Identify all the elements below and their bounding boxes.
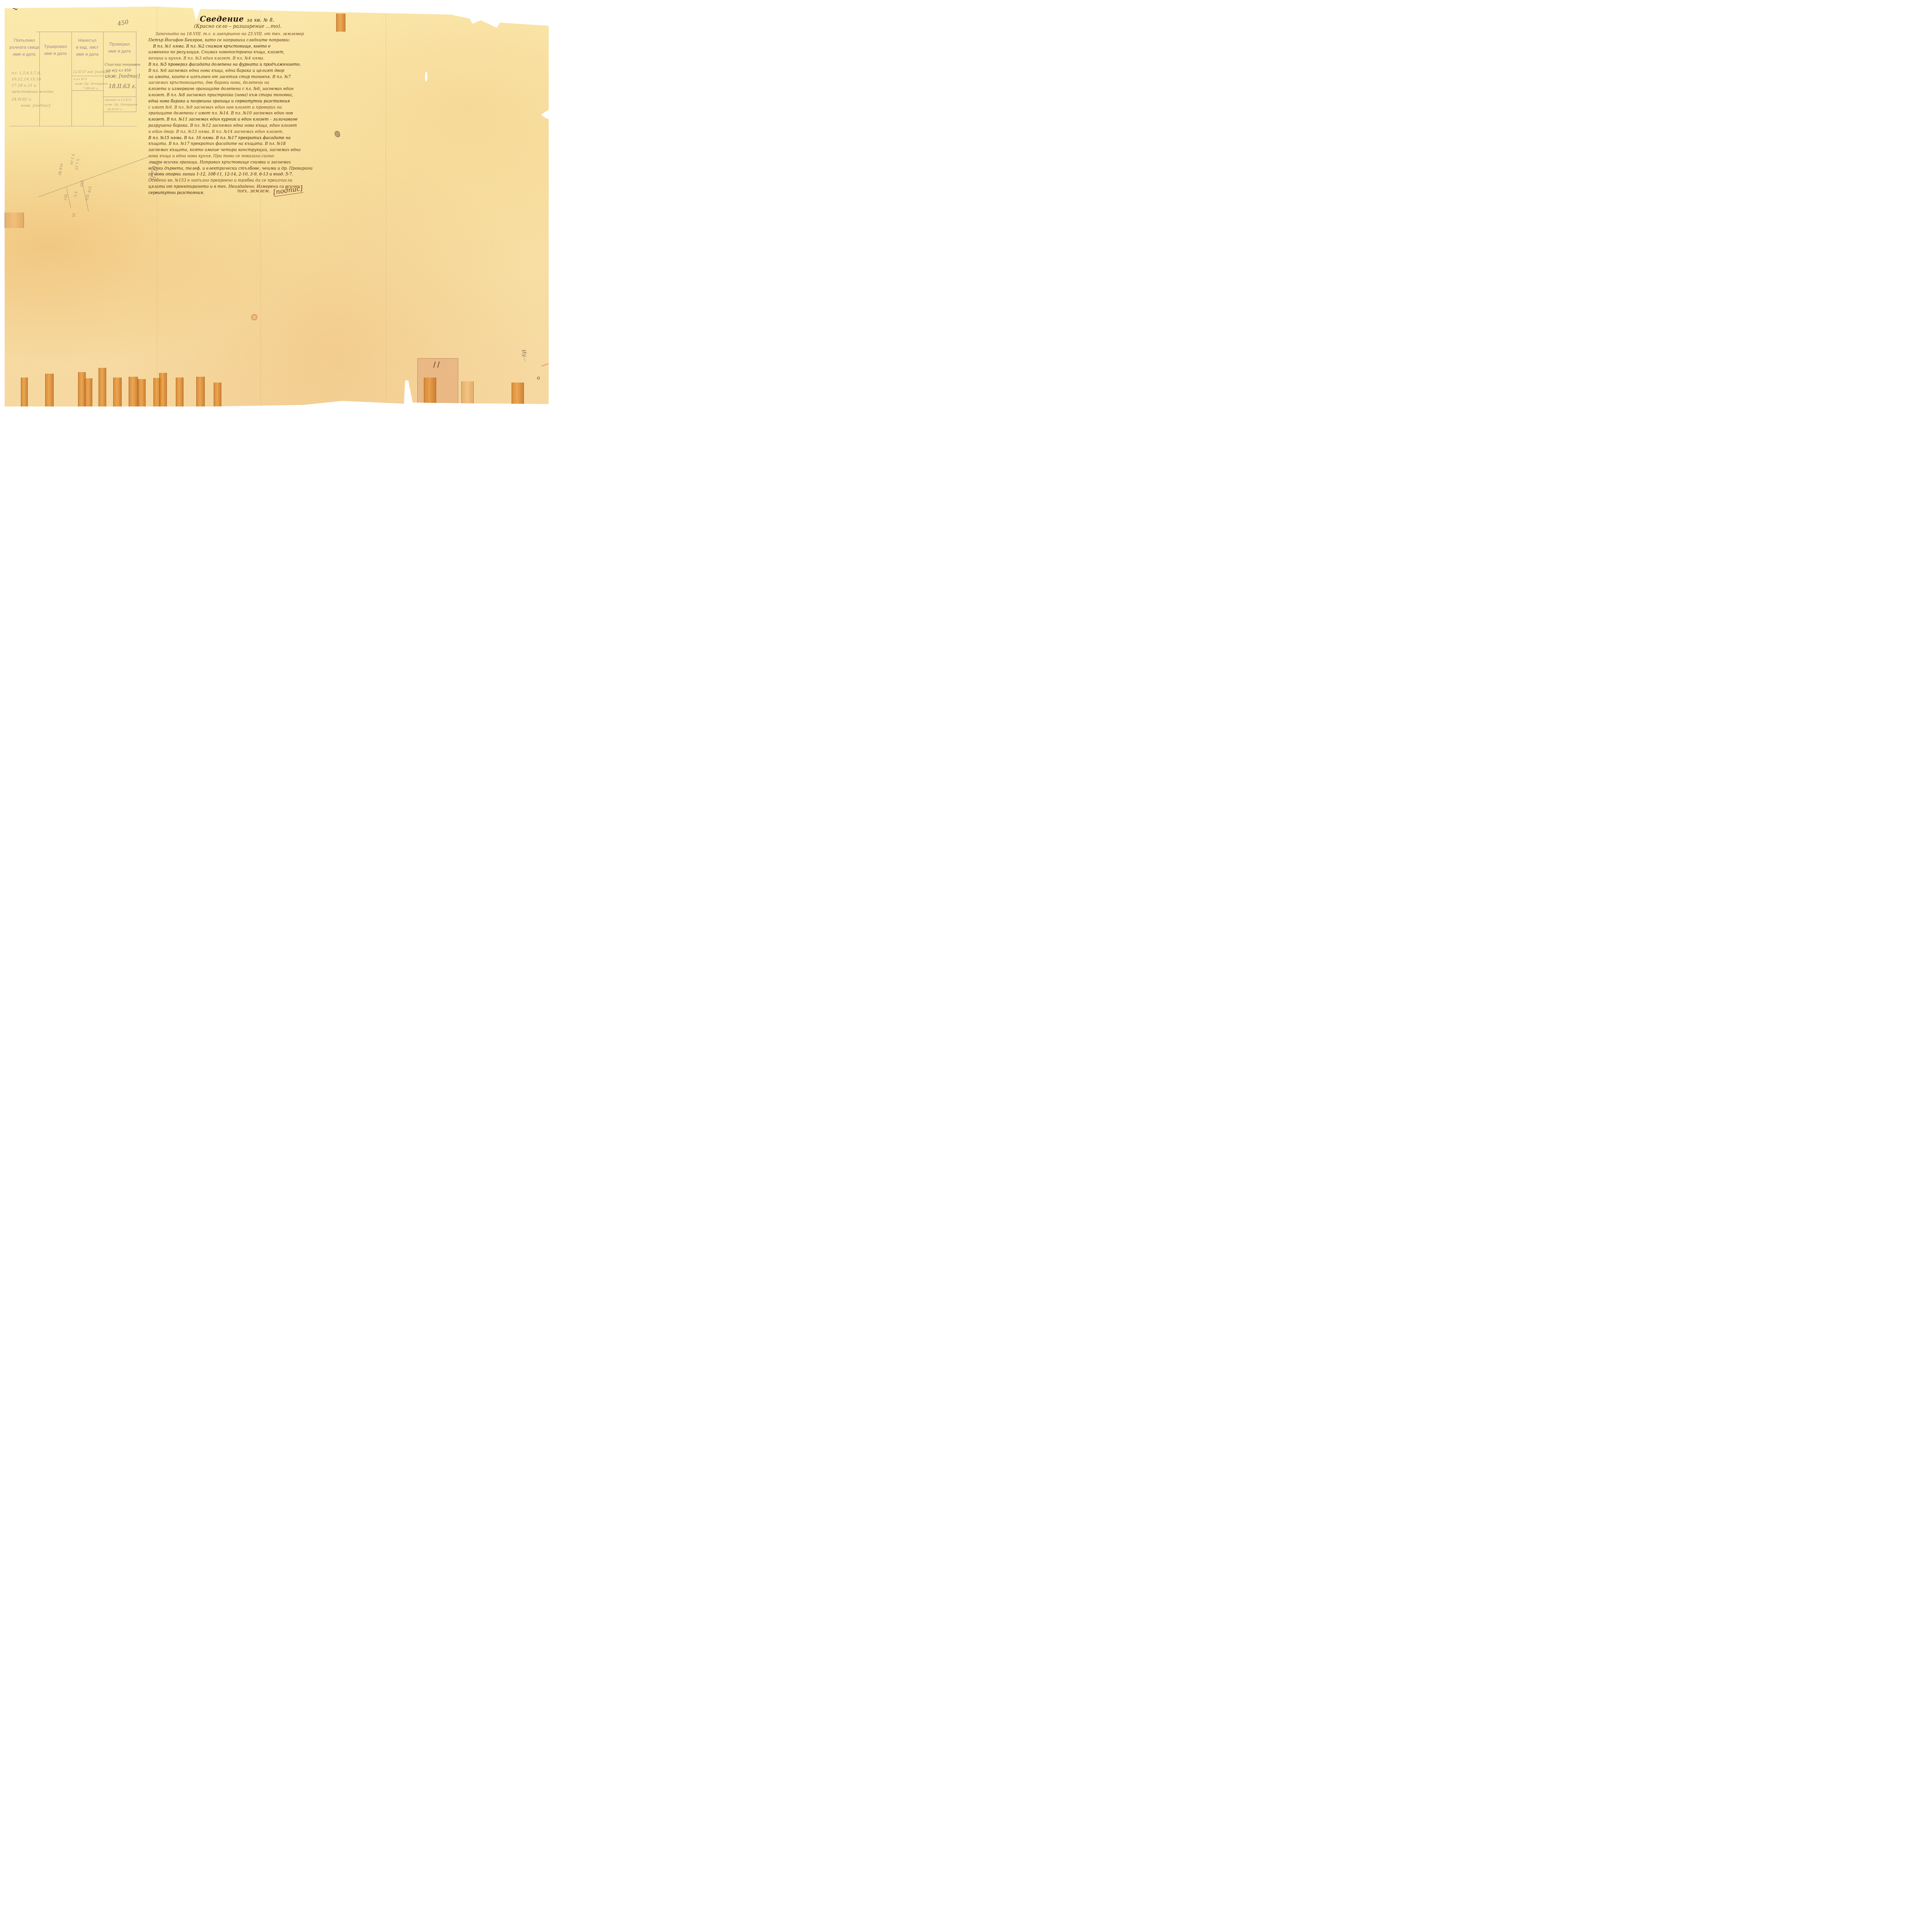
heading-line: име и дата bbox=[39, 50, 71, 57]
entry-line: в кл 473 bbox=[73, 77, 107, 82]
tape-strip bbox=[5, 213, 24, 228]
entry-line: 24.IV.62 г. bbox=[12, 97, 53, 103]
stamp-heading-inked: Тушировал име и дата bbox=[39, 43, 71, 57]
entry-line: 10,12,14,15,16 bbox=[12, 77, 53, 83]
tape-strip bbox=[196, 377, 205, 408]
sketch-number: 416 90 bbox=[57, 163, 63, 176]
tape-strip bbox=[85, 378, 92, 410]
entry-line: Списъка поправен bbox=[105, 62, 141, 68]
sketch-number: 353 bbox=[84, 194, 89, 201]
body-line: клозет. В пл. №11 заснемах един курник и… bbox=[148, 117, 330, 123]
tape-strip bbox=[549, 17, 551, 36]
body-line: заснемах кръстовището, две бараки нови, … bbox=[148, 80, 330, 86]
entry-line: инж. Хр. Петрунов bbox=[73, 82, 107, 86]
filled-sketch-entries: пл. 1,2,4,5,7,8, 10,12,14,15,16 17,18 и … bbox=[12, 70, 53, 109]
document-subtitle: (Красно село – разширение …то). bbox=[194, 23, 282, 29]
body-line: изменено по регулация. Снимах новопостро… bbox=[148, 49, 330, 56]
paper-hole bbox=[549, 131, 551, 141]
tape-strip bbox=[21, 378, 28, 410]
body-line: В пл. №1 няма. В пл. №2 снимам кръстовищ… bbox=[148, 44, 330, 50]
coffee-stain bbox=[251, 314, 257, 320]
heading-line: Нанесъл bbox=[71, 37, 103, 44]
body-line: В пл. №5 проверих фасадата долепена на ф… bbox=[148, 62, 330, 68]
sketch-number: 5 1 27 bbox=[74, 158, 80, 170]
cell-rule bbox=[103, 112, 136, 112]
body-line: В пл. №6 заснемах една нова къща, една б… bbox=[148, 68, 330, 74]
body-line: къщата. В пл. №17 прекратих фасадите на … bbox=[148, 141, 330, 147]
sketch-number: 5 2 24 bbox=[69, 153, 75, 165]
fold-line bbox=[386, 6, 386, 406]
heading-line: Попълнил bbox=[9, 37, 39, 44]
body-line: една нова барака и погрешна граница и се… bbox=[148, 99, 330, 105]
heading-line: в кад. лист bbox=[71, 44, 103, 51]
heading-line: ръчната скица bbox=[9, 44, 39, 51]
plotted-entries: в кл 473 инж. Хр. Петрунов 7.XII.62 г. bbox=[73, 77, 107, 91]
tape-strip bbox=[45, 374, 54, 410]
page-number: 450 bbox=[117, 19, 129, 27]
tape-strip bbox=[159, 373, 167, 410]
stamp-heading-checked: Проверил име и дата bbox=[103, 41, 136, 55]
heading-line: име и дата bbox=[9, 51, 39, 58]
body-line: Започнато на 18.VIII. т.г. и завършено н… bbox=[148, 31, 330, 37]
tape-strip bbox=[138, 379, 146, 410]
tape-strip bbox=[176, 378, 184, 408]
entry-line: -ца в/у кл 450 bbox=[105, 68, 141, 73]
heading-line: Тушировал bbox=[39, 43, 71, 50]
entry-line: 18.II.63 г. bbox=[105, 84, 141, 90]
cell-rule bbox=[71, 90, 103, 91]
title-suffix: за кв. № 8. bbox=[247, 17, 274, 23]
body-line: клозета и измерване границите долепени с… bbox=[148, 86, 330, 92]
body-line: Петър Йосифов Бекяров, като се направиха… bbox=[148, 37, 330, 44]
sketch-number: 357 bbox=[63, 194, 68, 201]
report-body: Започнато на 18.VIII. т.г. и завършено н… bbox=[148, 31, 330, 196]
stamp-heading-plotted: Нанесъл в кад. лист име и дата bbox=[71, 37, 103, 58]
body-line: на имота, които е изпълнен от засетия ст… bbox=[148, 74, 330, 80]
sketch-baseline bbox=[39, 156, 150, 197]
paper-sheet: 8 450 Попълнил ръчната скица име и дата … bbox=[5, 6, 549, 406]
entry-line: пл. 1,2,4,5,7,8, bbox=[12, 70, 53, 77]
body-line: и един двор. В пл. №13 няма. В пл. №14 з… bbox=[148, 129, 330, 135]
stamp-table: Попълнил ръчната скица име и дата Туширо… bbox=[9, 32, 137, 126]
body-line: лните всички граници. Направих кръстовищ… bbox=[148, 160, 330, 166]
burn-mark bbox=[335, 131, 340, 137]
document-title: Сведение за кв. № 8. bbox=[200, 14, 274, 24]
entry-line: инж. Хр. Петрунов bbox=[105, 102, 137, 107]
body-line: клозет. В пл. №8 заснемах пристройка (но… bbox=[148, 92, 330, 99]
tape-strip bbox=[512, 383, 524, 407]
cell-rule bbox=[71, 76, 103, 76]
stamp-table-top-border bbox=[36, 32, 137, 32]
body-line: всички дървета, телеф. и електрически ст… bbox=[148, 166, 330, 172]
entry-line: инж. [подпис] bbox=[105, 73, 141, 79]
sketch-offset-line bbox=[66, 187, 71, 208]
heading-line: Проверил bbox=[103, 41, 136, 48]
blue-circle-mark bbox=[537, 377, 540, 379]
checked-entries: Списъка поправен -ца в/у кл 450 инж. [по… bbox=[105, 62, 141, 90]
heading-line: име и дата bbox=[103, 48, 136, 55]
tape-strip bbox=[129, 377, 138, 410]
body-line: са нови опорни линии 1-12, 10б-11, 12-14… bbox=[148, 172, 330, 178]
tape-strip bbox=[461, 381, 474, 407]
checked-partial-entries: частно в кл 473 инж. Хр. Петрунов 26.II.… bbox=[105, 98, 137, 112]
signature-block: тех. землем. [подпис] bbox=[237, 187, 303, 195]
entry-line: частно в кл 473 bbox=[105, 98, 137, 102]
body-line: с имот №9. В пл. №9 заснемах един нов кл… bbox=[148, 105, 330, 111]
body-line: нова къща и една нова кухня. При това се… bbox=[148, 153, 330, 160]
scan-canvas: 8 450 Попълнил ръчната скица име и дата … bbox=[0, 0, 551, 410]
tape-strip bbox=[336, 14, 345, 32]
body-line: Особено кв. №153 е напълно прекроено и т… bbox=[148, 178, 330, 184]
title-main: Сведение bbox=[200, 14, 244, 24]
body-line: В пл. №15 няма. В пл. 16 няма. В пл. №17… bbox=[148, 135, 330, 141]
stamp-heading-filled-sketch: Попълнил ръчната скица име и дата bbox=[9, 37, 39, 58]
sketch-number: 35 bbox=[71, 212, 76, 217]
sketch-number: 5 5 bbox=[73, 191, 77, 197]
tape-strip bbox=[424, 378, 436, 408]
stamp-table-bottom-border bbox=[9, 126, 137, 126]
tape-strip bbox=[214, 383, 221, 408]
right-margin-pencil: Иу… bbox=[520, 349, 529, 362]
paper-hole bbox=[425, 71, 427, 82]
red-ink-mark bbox=[542, 362, 551, 366]
corner-mark: 8 bbox=[11, 5, 19, 10]
entry-line: инж. [подпис] bbox=[12, 103, 53, 109]
tape-strip bbox=[99, 368, 106, 410]
body-line: разрушена барака. В пл. №12 заснемах едн… bbox=[148, 123, 330, 129]
signature-label: тех. землем. bbox=[237, 188, 270, 194]
heading-line: име и дата bbox=[71, 51, 103, 58]
body-line: кочина и кухня. В пл. №3 един клозет. В … bbox=[148, 56, 330, 62]
entry-line: кръстовища всички bbox=[12, 89, 53, 95]
tape-strip bbox=[113, 378, 122, 410]
cell-rule bbox=[103, 97, 136, 97]
entry-line: 17,18 и 21 и bbox=[12, 83, 53, 89]
body-line: границите долепени с имот пл. №14. В пл.… bbox=[148, 111, 330, 117]
body-line: заснемах къщата, която имаше четири конс… bbox=[148, 147, 330, 153]
entry-line: 26.II.63 г. bbox=[105, 107, 137, 112]
sketch-number: 574 bbox=[87, 186, 92, 193]
